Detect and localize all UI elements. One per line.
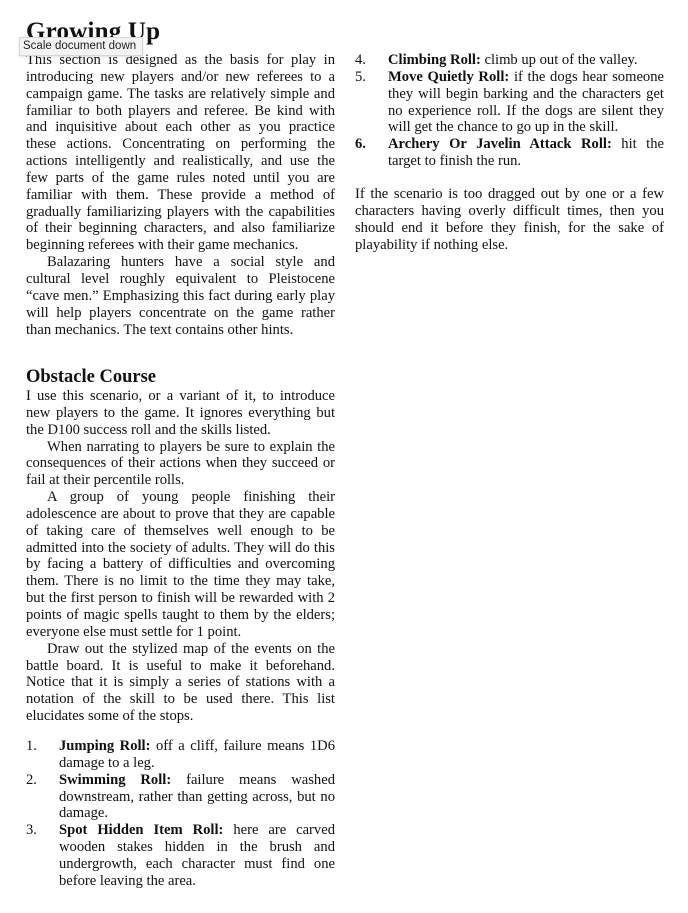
list-item: 6.Archery Or Javelin Attack Roll: hit th… [355,136,664,170]
closing-paragraph: If the scenario is too dragged out by on… [355,186,664,253]
step-number: 5. [355,69,366,86]
scale-down-tooltip: Scale document down [19,37,143,56]
step-number: 1. [26,738,37,755]
list-item: 1.Jumping Roll: off a cliff, failure mea… [26,738,335,772]
step-number: 2. [26,772,37,789]
obstacle-steps-list: 1.Jumping Roll: off a cliff, failure mea… [26,738,335,890]
list-item: 3.Spot Hidden Item Roll: here are carved… [26,822,335,889]
step-term: Jumping Roll: [59,738,150,754]
step-term: Archery Or Javelin Attack Roll: [388,136,612,152]
paragraph: This section is designed as the basis fo… [26,52,335,254]
list-item: 5.Move Quietly Roll: if the dogs hear so… [355,69,664,136]
obstacle-course-section: Obstacle Course I use this scenario, or … [26,366,335,725]
closing-block: If the scenario is too dragged out by on… [355,186,664,253]
step-term: Move Quietly Roll: [388,69,509,85]
document-page: Growing Up Scale document down This sect… [0,0,688,913]
list-item: 4.Climbing Roll: climb up out of the val… [355,52,664,69]
paragraph: Draw out the stylized map of the events … [26,641,335,725]
paragraph: When narrating to players be sure to exp… [26,439,335,490]
step-term: Swimming Roll: [59,772,171,788]
paragraph: A group of young people finishing their … [26,489,335,641]
step-number: 6. [355,136,366,153]
step-term: Spot Hidden Item Roll: [59,822,223,838]
growing-up-body: This section is designed as the basis fo… [26,52,335,338]
paragraph: Balazaring hunters have a social style a… [26,254,335,338]
step-term: Climbing Roll: [388,52,481,68]
step-text: climb up out of the valley. [481,52,638,68]
step-number: 3. [26,822,37,839]
section-title-obstacle-course: Obstacle Course [26,366,335,388]
step-number: 4. [355,52,366,69]
obstacle-steps-list-continued: 4.Climbing Roll: climb up out of the val… [355,52,664,170]
list-item: 2.Swimming Roll: failure means washed do… [26,772,335,823]
paragraph: I use this scenario, or a variant of it,… [26,388,335,439]
